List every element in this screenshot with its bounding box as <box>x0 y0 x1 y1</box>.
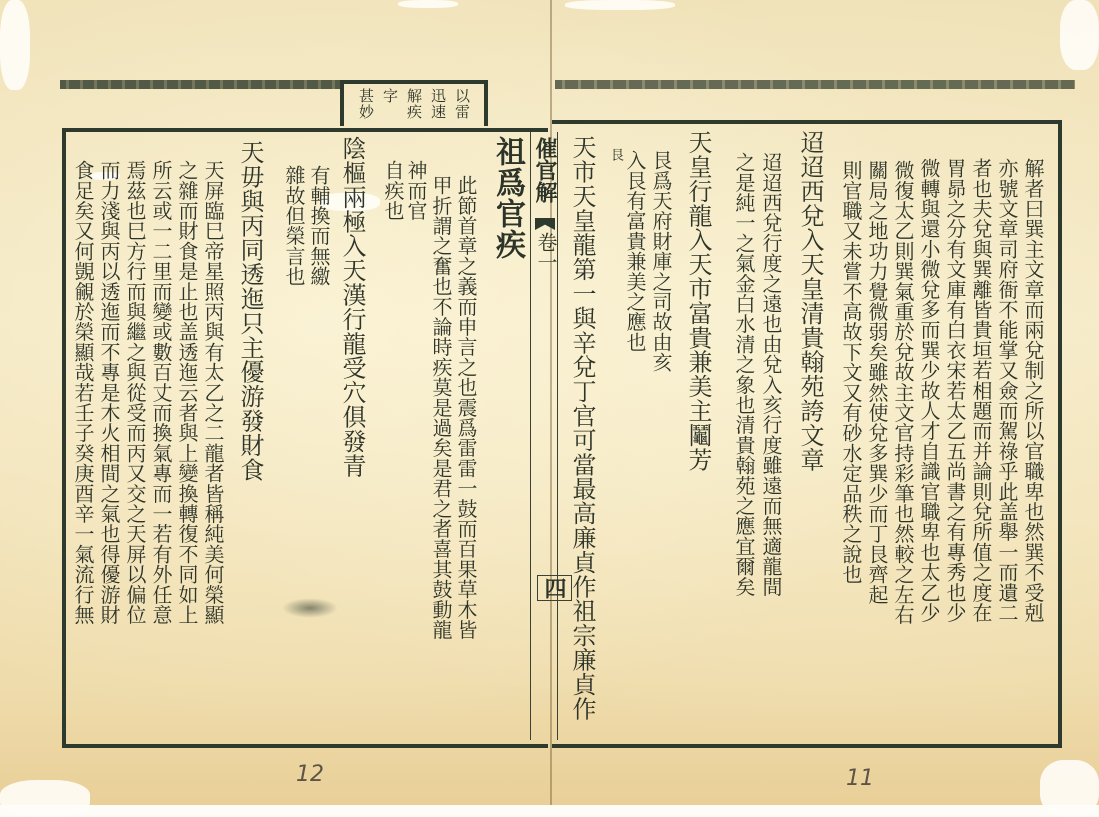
text-column: 微轉與還小微兌多而巽少故人才自識官職卑也太乙少 <box>918 158 940 623</box>
text-column: 焉茲也巳方行而與繼之與從受而丙又交之天屏以偏位 <box>124 160 146 625</box>
book-spread: 以雷 迅速 解疾 字 甚妙 催官解 卷一 四 祖爲官疾 此節首章之義而申言之也震… <box>0 0 1099 805</box>
top-border-right <box>555 80 1075 89</box>
text-column: 者也夫兌與巽離皆貴垣若相題而并論則兌所值之度在 <box>970 158 992 623</box>
text-column: 祖爲官疾 <box>490 136 524 260</box>
text-column: 之雜而財食是止也盖透迤云者與上變換轉復不同如上 <box>176 160 198 625</box>
paper-tear <box>1040 760 1099 817</box>
banxin-rule <box>530 132 531 740</box>
ink-smudge <box>282 598 338 618</box>
paper-tear <box>1060 0 1099 70</box>
headnote-col: 以雷 <box>453 88 471 126</box>
text-column: 艮爲天府財庫之司故由亥 <box>650 150 672 372</box>
text-column: 陰樞兩極入天漢行龍受穴俱發青 <box>338 136 366 478</box>
banxin-rule <box>557 132 558 740</box>
banxin-page-number: 四 <box>537 575 572 601</box>
headnote-box: 以雷 迅速 解疾 字 甚妙 <box>340 80 488 126</box>
text-column: 天市天皇龍第一與辛兌丁官可當最高廉貞作祖宗廉貞作 <box>568 135 596 721</box>
headnote-col: 甚妙 <box>357 88 375 126</box>
text-column: 自疾也 <box>382 160 404 221</box>
text-column: 迢迢西兌行度之遠也由兌入亥行度雖遠而無適龍間 <box>760 152 782 596</box>
paper-tear <box>398 0 458 8</box>
text-column: 有輔換而無繳 <box>308 165 330 286</box>
text-column: 入艮有富貴兼美之應也 <box>624 150 646 352</box>
text-column: 迢迢西兌入天皇清貴翰苑誇文章 <box>796 130 824 472</box>
top-border-left <box>60 80 340 89</box>
banxin-title: 催官解 <box>533 137 557 203</box>
text-column: 此節首章之義而申言之也震爲雷雷一鼓而百果草木皆 <box>455 175 477 640</box>
text-column: 微復太乙則巽氣重於兌故主文官持彩筆也然較之左右 <box>892 160 914 625</box>
text-column: 則官職又未嘗不高故下文又有砂水定品秩之說也 <box>840 160 862 584</box>
headnote-col: 解疾 <box>405 88 423 126</box>
text-column: 亦號文章司府衙不能掌又僉而駕祿乎此盖舉一而遺二 <box>996 158 1018 623</box>
text-column: 天毋與丙同透迤只主優游發財食 <box>236 140 264 482</box>
text-column: 關局之地功力覺微弱矣雖然使兌多巽少而丁艮齊起 <box>866 160 888 604</box>
text-column: 艮 <box>608 148 622 161</box>
text-column: 所云或一二里而變或數百丈而換氣專而一若有外任意 <box>150 160 172 625</box>
text-column: 之是純一之氣金白水清之象也清貴翰苑之應宜爾矣 <box>733 152 755 596</box>
headnote-col: 迅速 <box>429 88 447 126</box>
text-column: 天屏臨巳帝星照丙與有太乙之二龍者皆稱純美何榮顯 <box>202 160 224 625</box>
text-column: 天皇行龍入天市富貴兼美主鬮芳 <box>684 130 712 472</box>
text-column: 雜故但榮言也 <box>283 165 305 286</box>
pencil-folio-left: 12 <box>296 762 324 787</box>
pencil-folio-right: 11 <box>846 766 874 791</box>
paper-tear <box>0 0 30 90</box>
headnote-col: 字 <box>381 88 399 126</box>
paper-tear <box>0 780 90 817</box>
text-column: 而力淺與丙以透迤而不專是木火相間之氣也得優游財 <box>98 160 120 625</box>
text-column: 甲折謂之奮也不論時疾莫是過矣是君之者喜其鼓動龍 <box>430 175 452 640</box>
text-column: 神而官 <box>405 160 427 221</box>
paper-tear <box>565 0 675 10</box>
text-column: 食足矣又何覬覦於榮顯哉若壬子癸庚酉辛一氣流行無 <box>72 160 94 625</box>
text-column: 解者曰巽主文章而兩兌制之所以官職卑也然巽不受剋 <box>1022 158 1044 623</box>
text-column: 胃昴之分有文庫有白衣宋若太乙五尚書之有專秀也少 <box>944 158 966 623</box>
banxin-juan: 卷一 <box>535 232 557 272</box>
